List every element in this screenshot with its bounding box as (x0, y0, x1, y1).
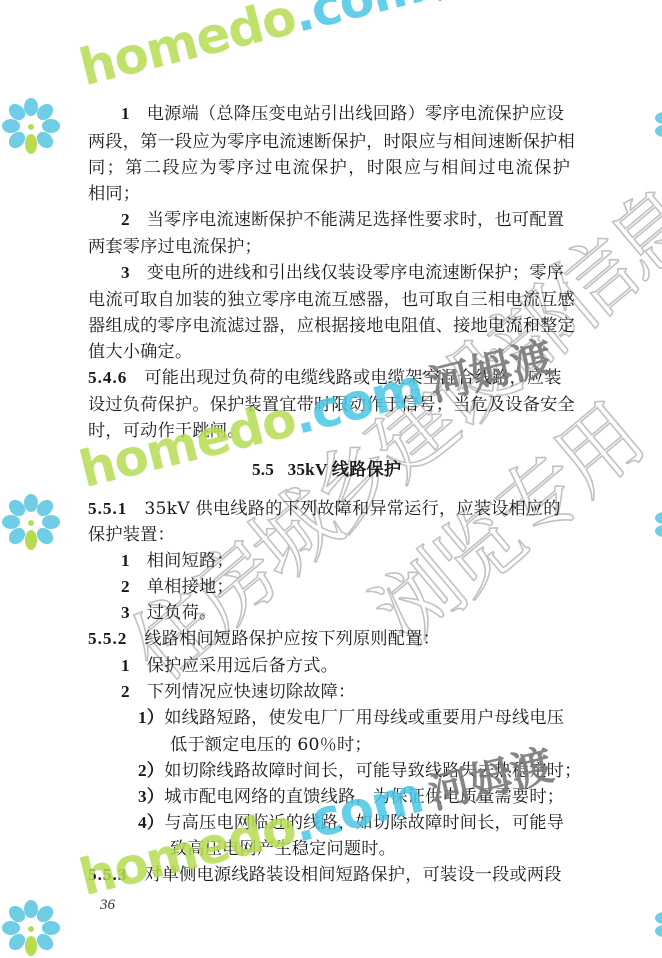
text-line: 电流可取自加装的独立零序电流互感器，也可取自三相电流互感 (88, 290, 575, 310)
text-line: 3 变电所的进线和引出线仅装设零序电流速断保护；零序 (121, 263, 564, 283)
text-line: 保护装置： (88, 525, 175, 545)
clause-number: 5.5.3 (88, 865, 127, 884)
line-text: 相同； (88, 184, 140, 204)
clause-number: 5.5.1 (88, 499, 127, 518)
line-text: 低于额定电压的 60％时； (170, 735, 372, 755)
text-line: 2）如切除线路故障时间长，可能导致线路失去热稳定时； (138, 761, 582, 781)
brand-cn: 河姆渡 (424, 0, 558, 8)
flower-logo-icon (0, 96, 62, 158)
line-text: 单相接地； (147, 577, 234, 597)
section-title: 35kV 线路保护 (288, 460, 402, 479)
text-line: 4）与高压电网临近的线路，如切除故障时间长，可能导 (138, 813, 564, 833)
text-line: 致高压电网产生稳定问题时。 (170, 839, 396, 859)
line-text: 变电所的进线和引出线仅装设零序电流速断保护；零序 (147, 263, 564, 283)
line-text: 电流可取自加装的独立零序电流互感器，也可取自三相电流互感 (88, 290, 575, 310)
line-text: 可能出现过负荷的电缆线路或电缆架空混合线路，应装 (144, 368, 561, 388)
line-text: 值大小确定。 (88, 342, 192, 362)
text-line: 1 相间短路； (121, 551, 234, 571)
clause-line: 5.5.3 对单侧电源线路装设相间短路保护，可装设一段或两段 (88, 865, 562, 885)
line-text: 器组成的零序电流滤过器，应根据接地电阻值、接地电流和整定 (88, 316, 575, 336)
text-line: 1 保护应采用远后备方式。 (121, 656, 338, 676)
line-text: 时，可动作于跳闸。 (88, 421, 245, 441)
item-number: 4） (138, 813, 164, 832)
text-line: 相同； (88, 184, 140, 204)
text-line: 设过负荷保护。保护装置宜带时限动作于信号；当危及设备安全 (88, 395, 575, 415)
line-text: 保护装置： (88, 525, 175, 545)
line-text: 与高压电网临近的线路，如切除故障时间长，可能导 (164, 813, 564, 833)
line-text: 城市配电网络的直馈线路，为保证供电质量需要时； (164, 787, 564, 807)
text-line: 3）城市配电网络的直馈线路，为保证供电质量需要时； (138, 787, 564, 807)
item-number: 3） (138, 787, 164, 806)
line-text: 线路相间短路保护应按下列原则配置： (144, 629, 440, 649)
document-page: 住房城乡建设部信息公开 浏览专用 1 电源端（总降压变电站引出线回路）零序电流保… (0, 0, 662, 958)
flower-logo-partial-icon (652, 900, 662, 940)
line-text: 过负荷。 (147, 603, 217, 623)
line-text: 如切除线路故障时间长，可能导致线路失去热稳定时； (164, 761, 581, 781)
item-number: 1 (121, 104, 130, 123)
clause-number: 5.5.2 (88, 629, 127, 648)
text-line: 2 当零序电流速断保护不能满足选择性要求时，也可配置 (121, 210, 564, 230)
flower-logo-partial-icon (652, 100, 662, 140)
line-text: 相间短路； (147, 551, 234, 571)
flower-logo-icon (0, 492, 62, 554)
brand-watermark-top: homedo.com河姆渡 (73, 0, 558, 98)
line-text: 如线路短路，使发电厂厂用母线或重要用户母线电压 (164, 708, 564, 728)
text-line: 2 下列情况应快速切除故障： (121, 682, 355, 702)
clause-line: 5.4.6 可能出现过负荷的电缆线路或电缆架空混合线路，应装 (88, 368, 562, 388)
clause-line: 5.5.2 线路相间短路保护应按下列原则配置： (88, 629, 440, 649)
item-number: 2 (121, 210, 130, 229)
item-number: 3 (121, 263, 130, 282)
line-text: 35kV 供电线路的下列故障和异常运行，应装设相应的 (144, 499, 560, 519)
text-line: 2 单相接地； (121, 577, 234, 597)
text-line: 同；第二段应为零序过电流保护，时限应与相间过电流保护 (88, 158, 571, 178)
line-text: 两套零序过电流保护； (88, 237, 262, 257)
brand-text: homedo (74, 0, 302, 97)
item-number: 1 (121, 656, 130, 675)
line-text: 下列情况应快速切除故障： (147, 682, 356, 702)
text-line: 时，可动作于跳闸。 (88, 421, 245, 441)
line-text: 同；第二段应为零序过电流保护，时限应与相间过电流保护 (88, 158, 571, 178)
text-line: 3 过负荷。 (121, 603, 216, 623)
line-text: 电源端（总降压变电站引出线回路）零序电流保护应设 (147, 104, 564, 124)
clause-number: 5.4.6 (88, 368, 127, 387)
page-number: 36 (100, 897, 115, 914)
line-text: 保护应采用远后备方式。 (147, 656, 338, 676)
brand-domain: .com (287, 0, 428, 44)
text-line: 器组成的零序电流滤过器，应根据接地电阻值、接地电流和整定 (88, 316, 575, 336)
item-number: 2 (121, 682, 130, 701)
line-text: 设过负荷保护。保护装置宜带时限动作于信号；当危及设备安全 (88, 395, 575, 415)
section-number: 5.5 (252, 460, 274, 479)
item-number: 3 (121, 603, 130, 622)
text-line: 1）如线路短路，使发电厂厂用母线或重要用户母线电压 (138, 708, 564, 728)
line-text: 对单侧电源线路装设相间短路保护，可装设一段或两段 (144, 865, 561, 885)
clause-line: 5.5.1 35kV 供电线路的下列故障和异常运行，应装设相应的 (88, 499, 561, 519)
item-number: 1 (121, 551, 130, 570)
section-heading: 5.5 35kV 线路保护 (252, 460, 401, 480)
line-text: 当零序电流速断保护不能满足选择性要求时，也可配置 (147, 210, 564, 230)
text-line: 低于额定电压的 60％时； (170, 735, 372, 755)
flower-logo-icon (0, 898, 62, 958)
line-text: 两段，第一段应为零序电流速断保护，时限应与相间速断保护相 (88, 132, 575, 152)
flower-logo-partial-icon (652, 500, 662, 540)
text-line: 两套零序过电流保护； (88, 237, 262, 257)
item-number: 2 (121, 577, 130, 596)
item-number: 2） (138, 761, 164, 780)
line-text: 致高压电网产生稳定问题时。 (170, 839, 396, 859)
item-number: 1） (138, 708, 164, 727)
text-line: 值大小确定。 (88, 342, 192, 362)
stamp-watermark-line2: 浏览专用 (345, 374, 662, 667)
text-line: 两段，第一段应为零序电流速断保护，时限应与相间速断保护相 (88, 132, 575, 152)
text-line: 1 电源端（总降压变电站引出线回路）零序电流保护应设 (121, 104, 564, 124)
